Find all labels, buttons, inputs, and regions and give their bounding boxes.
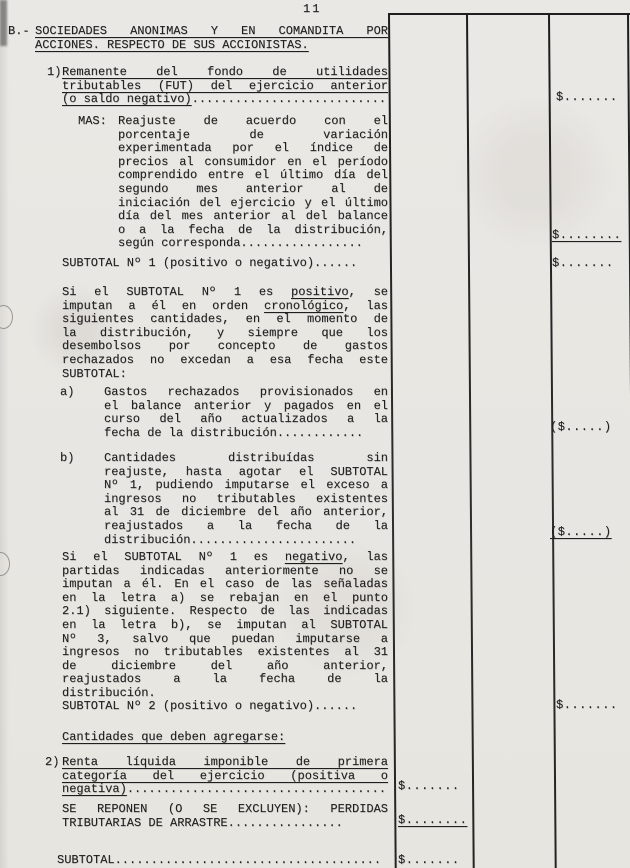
- text-segment: en la letra b), se imputan al SUBTOTAL: [62, 618, 388, 632]
- item-a-label: a): [60, 386, 80, 400]
- text-line: Si el SUBTOTAL Nº 1 es negativo, las: [62, 551, 388, 565]
- text-line: el balance anterior y pagados en el: [104, 400, 388, 414]
- text-line: comprendido entre el último día del: [118, 169, 388, 183]
- item-b-label: b): [60, 452, 80, 466]
- text-line: rechazados no excedan a esa fecha este: [62, 354, 388, 368]
- text-line: de diciembre del año anterior,: [62, 660, 388, 674]
- underlined-text-segment: cronológico: [264, 299, 343, 313]
- text-segment: imputan a él en orden: [62, 299, 264, 313]
- text-segment: iniciación del ejercicio y el último: [118, 196, 388, 210]
- text-line: día del mes anterior al del balance: [118, 210, 388, 224]
- underlined-text-segment: categoría del ejercicio (positiva o: [62, 769, 388, 783]
- se-reponen-text: SE REPONEN (O SE EXCLUYEN): PERDIDASTRIB…: [62, 803, 388, 830]
- text-segment: 2.1) siguiente. Respecto de las indicada…: [62, 604, 388, 618]
- table-column-line-1: [388, 14, 396, 868]
- amount-field: $.......: [398, 780, 460, 792]
- text-segment: SE REPONEN (O SE EXCLUYEN): PERDIDAS: [62, 802, 388, 816]
- text-line: al 31 de diciembre del año anterior,: [104, 506, 388, 520]
- amount-field: $........: [398, 814, 467, 826]
- text-line: reajuste, hasta agotar el SUBTOTAL: [104, 466, 388, 480]
- subtotal-2: SUBTOTAL Nº 2 (positivo o negativo).....…: [62, 700, 388, 714]
- si-negativo-paragraph: Si el SUBTOTAL Nº 1 es negativo, laspart…: [62, 551, 388, 701]
- text-segment: MAS:: [78, 114, 107, 128]
- text-segment: ...........................: [192, 92, 386, 106]
- text-segment: precios al consumidor en el período: [118, 155, 388, 169]
- text-segment: porcentaje de variación: [118, 128, 388, 142]
- text-line: distribución.......................: [104, 534, 388, 548]
- underlined-text-segment: positivo: [291, 285, 349, 299]
- text-line: partidas indicadas anteriormente no se: [62, 565, 388, 579]
- text-line: la distribución, y siempre que los: [62, 327, 388, 341]
- text-line: SOCIEDADES ANONIMAS Y EN COMANDITA POR: [35, 24, 388, 38]
- amount-field: $.......: [556, 91, 618, 103]
- text-line: categoría del ejercicio (positiva o: [62, 770, 388, 784]
- text-line: MAS:: [78, 115, 118, 129]
- si-positivo-paragraph: Si el SUBTOTAL Nº 1 es positivo, seimput…: [62, 286, 388, 381]
- underlined-text-segment: Remanente del fondo de utilidades: [62, 65, 388, 79]
- text-line: B.-: [8, 24, 38, 38]
- text-line: tributables (FUT) del ejercicio anterior: [62, 80, 388, 94]
- text-line: Cantidades distribuídas sin: [104, 452, 388, 466]
- mas-text: Reajuste de acuerdo con elporcentaje de …: [118, 115, 388, 251]
- text-line: Si el SUBTOTAL Nº 1 es positivo, se: [62, 286, 388, 300]
- subtotal-3: SUBTOTAL................................…: [57, 854, 391, 868]
- underlined-text-segment: Renta líquida imponible de primera: [62, 755, 388, 769]
- text-line: curso del año actualizados a la: [104, 413, 388, 427]
- text-line: en la letra b), se imputan al SUBTOTAL: [62, 619, 388, 633]
- item-b-text: Cantidades distribuídas sinreajuste, has…: [104, 452, 388, 547]
- text-line: 2.1) siguiente. Respecto de las indicada…: [62, 605, 388, 619]
- text-line: Cantidades que deben agregarse:: [62, 731, 388, 745]
- text-line: porcentaje de variación: [118, 129, 388, 143]
- text-line: siguientes cantidades, en el momento de: [62, 313, 388, 327]
- text-segment: , las: [343, 299, 388, 313]
- text-segment: ingresos no tributables existentes al 31: [62, 645, 388, 659]
- underlined-text-segment: (o saldo negativo): [62, 92, 192, 106]
- text-line: precios al consumidor en el período: [118, 156, 388, 170]
- text-segment: ....................................: [127, 782, 386, 796]
- text-segment: ingresos no tributables existentes: [104, 492, 388, 506]
- text-segment: de diciembre del año anterior,: [62, 659, 388, 673]
- text-segment: Si el SUBTOTAL Nº 1 es: [62, 550, 285, 564]
- text-segment: Gastos rechazados provisionados en: [104, 385, 388, 399]
- text-segment: día del mes anterior al del balance: [118, 209, 388, 223]
- text-segment: , se: [349, 285, 388, 299]
- text-line: según corresponda.................: [118, 237, 388, 251]
- text-segment: Reajuste de acuerdo con el: [118, 114, 388, 128]
- item-1-text: Remanente del fondo de utilidadestributa…: [62, 66, 388, 107]
- text-segment: la distribución, y siempre que los: [62, 326, 388, 340]
- text-line: TRIBUTARIAS DE ARRASTRE................: [62, 817, 388, 831]
- text-segment: partidas indicadas anteriormente no se: [62, 564, 388, 578]
- text-line: negativa)...............................…: [62, 783, 388, 797]
- text-segment: SUBTOTAL Nº 1 (positivo o negativo).....…: [62, 256, 357, 270]
- text-line: Reajuste de acuerdo con el: [118, 115, 388, 129]
- text-segment: segundo mes anterior al de: [118, 182, 388, 196]
- subtotal-1: SUBTOTAL Nº 1 (positivo o negativo).....…: [62, 257, 388, 271]
- text-segment: el balance anterior y pagados en el: [104, 399, 388, 413]
- section-heading: SOCIEDADES ANONIMAS Y EN COMANDITA PORAC…: [35, 24, 388, 52]
- table-column-line-2: [466, 14, 474, 868]
- text-segment: a): [60, 385, 74, 399]
- text-line: o a la fecha de la distribución,: [118, 224, 388, 238]
- scan-edge-smudge: [0, 0, 7, 46]
- text-line: b): [60, 452, 80, 466]
- text-segment: SUBTOTAL................................…: [57, 853, 381, 867]
- table-top-rule: [388, 13, 630, 15]
- text-line: SUBTOTAL Nº 2 (positivo o negativo).....…: [62, 700, 388, 714]
- text-line: ingresos no tributables existentes al 31: [62, 646, 388, 660]
- underlined-text-segment: Cantidades que deben agregarse:: [62, 730, 285, 744]
- text-segment: Nº 1, pudiendo imputarse el exceso a: [104, 478, 388, 492]
- amount-field: $.......: [552, 257, 614, 269]
- text-line: Nº 1, pudiendo imputarse el exceso a: [104, 479, 388, 493]
- table-column-line-3: [548, 14, 556, 868]
- text-segment: Cantidades distribuídas sin: [104, 451, 388, 465]
- text-line: SUBTOTAL:: [62, 368, 388, 382]
- mas-label: MAS:: [78, 115, 118, 129]
- text-segment: rechazados no excedan a esa fecha este: [62, 353, 388, 367]
- text-segment: TRIBUTARIAS DE ARRASTRE................: [62, 816, 343, 830]
- amount-field: ($.....): [550, 421, 612, 433]
- text-line: reajustados a la fecha de la: [62, 673, 388, 687]
- text-segment: al 31 de diciembre del año anterior,: [104, 505, 388, 519]
- text-line: Renta líquida imponible de primera: [62, 756, 388, 770]
- text-line: desembolsos por concepto de gastos: [62, 340, 388, 354]
- text-segment: imputan a él. En el caso de las señalada…: [62, 577, 388, 591]
- text-segment: 2): [45, 755, 59, 769]
- text-segment: , las: [342, 550, 388, 564]
- text-line: experimentada por el índice de: [118, 142, 388, 156]
- text-line: SUBTOTAL Nº 1 (positivo o negativo).....…: [62, 257, 388, 271]
- text-line: en la letra a) se rebajan en el punto: [62, 592, 388, 606]
- page-number: 11: [303, 2, 321, 16]
- text-line: Gastos rechazados provisionados en: [104, 386, 388, 400]
- text-segment: b): [60, 451, 74, 465]
- text-segment: reajuste, hasta agotar el SUBTOTAL: [104, 465, 388, 479]
- scanned-form-page: 11 B.-SOCIEDADES ANONIMAS Y EN COMANDITA…: [0, 0, 630, 868]
- amount-field: $.......: [556, 699, 618, 711]
- text-segment: desembolsos por concepto de gastos: [62, 339, 388, 353]
- text-segment: comprendido entre el último día del: [118, 168, 388, 182]
- text-line: segundo mes anterior al de: [118, 183, 388, 197]
- text-line: imputan a él. En el caso de las señalada…: [62, 578, 388, 592]
- underlined-text-segment: SOCIEDADES ANONIMAS Y EN COMANDITA POR: [35, 24, 388, 38]
- text-segment: curso del año actualizados a la: [104, 412, 388, 426]
- text-line: SUBTOTAL................................…: [57, 854, 391, 868]
- text-segment: SUBTOTAL Nº 2 (positivo o negativo).....…: [62, 699, 357, 713]
- amount-field: $........: [552, 229, 621, 241]
- agregarse-heading: Cantidades que deben agregarse:: [62, 731, 388, 745]
- text-line: ingresos no tributables existentes: [104, 493, 388, 507]
- underlined-text-segment: ACCIONES. RESPECTO DE SUS ACCIONISTAS.: [35, 38, 309, 52]
- underlined-text-segment: tributables (FUT) del ejercicio anterior: [62, 79, 388, 93]
- text-segment: o a la fecha de la distribución,: [118, 223, 388, 237]
- text-line: imputan a él en orden cronológico, las: [62, 300, 388, 314]
- item-2-text: Renta líquida imponible de primeracatego…: [62, 756, 388, 797]
- text-line: reajustados a la fecha de la: [104, 520, 388, 534]
- text-segment: 1): [47, 65, 61, 79]
- text-line: Remanente del fondo de utilidades: [62, 66, 388, 80]
- text-segment: Nº 3, salvo que puedan imputarse a: [62, 632, 388, 646]
- text-segment: SUBTOTAL:: [62, 367, 127, 381]
- text-segment: distribución.: [62, 686, 156, 700]
- text-segment: Si el SUBTOTAL Nº 1 es: [62, 285, 291, 299]
- text-line: fecha de la distribución............: [104, 427, 388, 441]
- text-line: SE REPONEN (O SE EXCLUYEN): PERDIDAS: [62, 803, 388, 817]
- underlined-text-segment: negativa): [62, 782, 127, 796]
- text-segment: reajustados a la fecha de la: [62, 672, 388, 686]
- text-segment: siguientes cantidades, en el momento de: [62, 312, 388, 326]
- text-line: a): [60, 386, 80, 400]
- text-segment: distribución.......................: [104, 533, 356, 547]
- hole-punch-mark-1: [0, 305, 13, 329]
- text-line: Nº 3, salvo que puedan imputarse a: [62, 633, 388, 647]
- section-label: B.-: [8, 24, 38, 38]
- amount-field: $.......: [398, 854, 460, 866]
- text-line: (o saldo negativo)......................…: [62, 93, 388, 107]
- text-segment: reajustados a la fecha de la: [104, 519, 388, 533]
- text-segment: fecha de la distribución............: [104, 426, 363, 440]
- text-segment: según corresponda.................: [118, 236, 363, 250]
- text-segment: en la letra a) se rebajan en el punto: [62, 591, 388, 605]
- text-segment: experimentada por el índice de: [118, 141, 388, 155]
- item-a-text: Gastos rechazados provisionados enel bal…: [104, 386, 388, 440]
- text-segment: B.-: [8, 24, 30, 38]
- underlined-text-segment: negativo: [285, 550, 343, 564]
- text-line: ACCIONES. RESPECTO DE SUS ACCIONISTAS.: [35, 38, 388, 52]
- text-line: iniciación del ejercicio y el último: [118, 197, 388, 211]
- amount-field: ($.....): [550, 526, 612, 538]
- hole-punch-mark-2: [0, 552, 10, 576]
